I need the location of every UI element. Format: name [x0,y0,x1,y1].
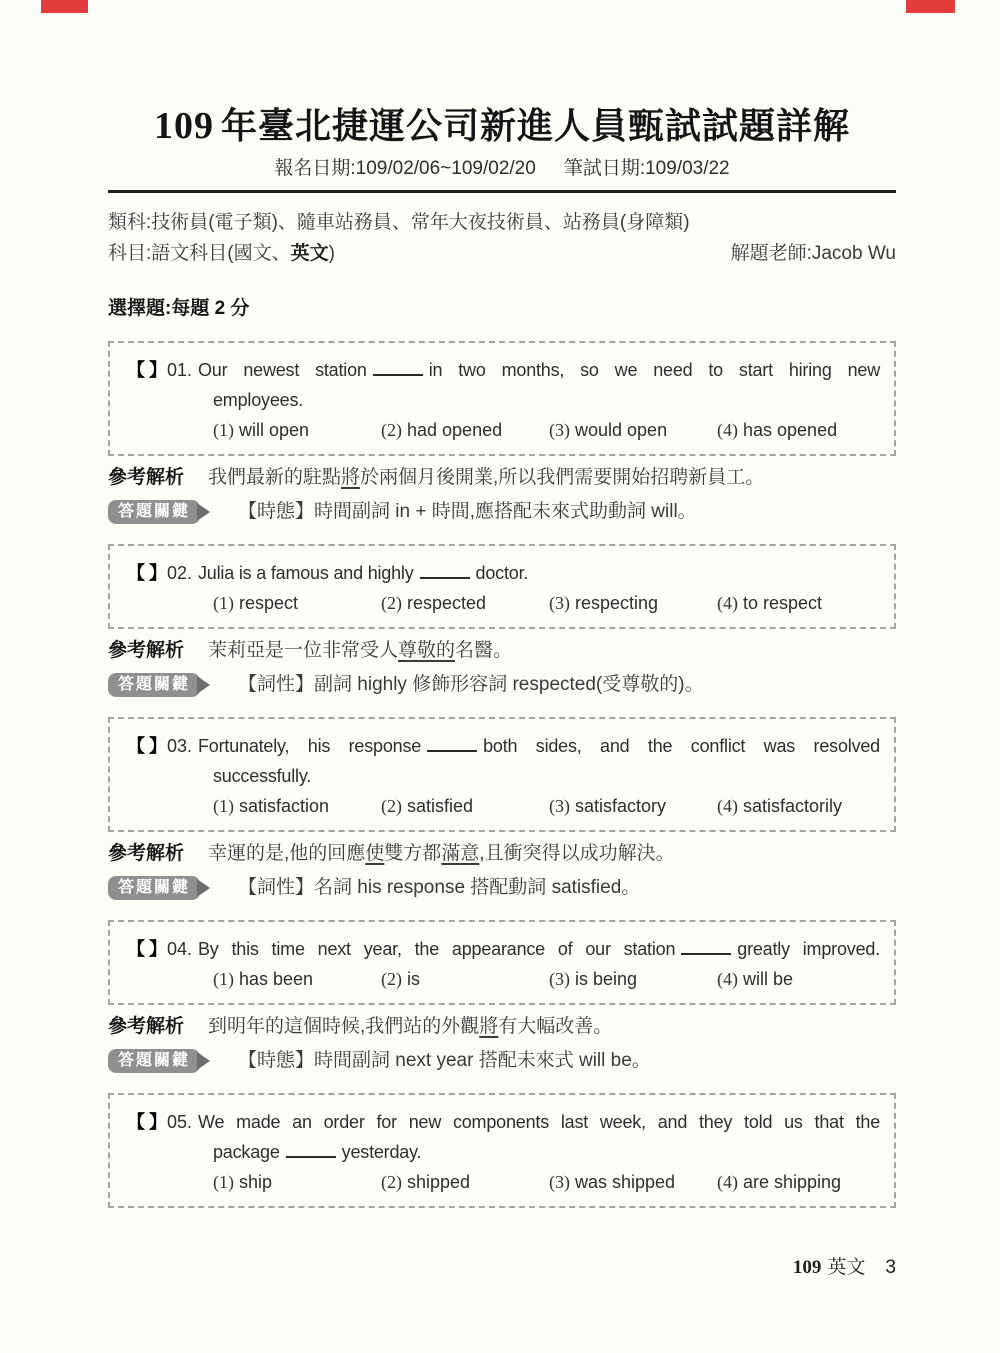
exam-solution-page: 109年臺北捷運公司新進人員甄試試題詳解 報名日期:109/02/06~109/… [0,0,1000,1353]
option-text: satisfactorily [743,796,842,816]
option-1: (1)respect [213,588,381,618]
bracket-close: 】 [149,934,167,964]
page-content: 109年臺北捷運公司新進人員甄試試題詳解 報名日期:109/02/06~109/… [0,0,1000,1208]
option-text: will open [239,420,309,440]
footer-page-number: 3 [885,1257,896,1278]
question-block: 【】01.Our newest stationin two months, so… [108,341,896,524]
title-year: 109 [154,105,214,147]
option-2: (2)shipped [381,1167,549,1197]
text-segment: 於兩個月後開業,所以我們需要開始招聘新員工。 [360,467,764,488]
option-number: (2) [381,969,402,989]
answer-bracket: 【】 [127,1107,167,1137]
option-text: will be [743,969,793,989]
bracket-close: 】 [149,1107,167,1137]
answer-key-row: 答題關鍵【詞性】名詞 his response 搭配動詞 satisfied。 [108,876,896,900]
option-number: (4) [717,420,738,440]
answer-bracket: 【】 [127,934,167,964]
question-continuation: employees. [213,385,880,415]
solution-teacher: 解題老師:Jacob Wu [731,238,896,269]
question-first-line: 【】03.Fortunately, his responseboth sides… [127,731,880,761]
option-number: (4) [717,796,738,816]
title-text: 年臺北捷運公司新進人員甄試試題詳解 [221,105,850,146]
question-box: 【】03.Fortunately, his responseboth sides… [108,717,896,832]
option-text: respecting [575,593,658,613]
option-text: was shipped [575,1172,675,1192]
option-text: respect [239,593,298,613]
option-text: would open [575,420,667,440]
info-label: 類科: [108,207,151,238]
option-number: (1) [213,593,234,613]
header-divider [108,190,896,193]
question-text: Our newest stationin two months, so we n… [198,355,880,385]
option-number: (3) [549,420,570,440]
option-text: is being [575,969,637,989]
question-first-line: 【】04.By this time next year, the appeara… [127,934,880,964]
question-block: 【】05.We made an order for new components… [108,1093,896,1208]
option-text: satisfactory [575,796,666,816]
question-box: 【】04.By this time next year, the appeara… [108,920,896,1005]
info-label: 科目: [108,238,151,269]
underlined-term: 使 [365,843,384,864]
text-segment: in two months, so we need to start hirin… [429,360,880,380]
info-row: 類科:技術員(電子類)、隨車站務員、常年大夜技術員、站務員(身障類) [108,207,896,238]
option-4: (4)are shipping [717,1167,841,1197]
underlined-term: 滿意 [441,843,479,864]
underlined-term: 將 [479,1016,498,1037]
answer-blank [681,951,731,955]
analysis-label: 參考解析 [108,639,208,663]
question-text: By this time next year, the appearance o… [198,934,880,964]
bracket-open: 【 [127,934,145,964]
footer-year: 109 [793,1257,822,1278]
info-row-left: 類科:技術員(電子類)、隨車站務員、常年大夜技術員、站務員(身障類) [108,207,690,238]
option-3: (3)satisfactory [549,791,717,821]
option-3: (3)would open [549,415,717,445]
options-row: (1)satisfaction(2)satisfied(3)satisfacto… [213,791,880,821]
answer-key-text: 【時態】時間副詞 next year 搭配未來式 will be。 [238,1049,896,1073]
option-text: shipped [407,1172,470,1192]
options-row: (1)has been(2)is(3)is being(4)will be [213,964,880,994]
question-box: 【】05.We made an order for new components… [108,1093,896,1208]
text-segment: 語文科目(國文、 [151,243,290,264]
bracket-close: 】 [149,558,167,588]
written-exam-date: 筆試日期:109/03/22 [564,158,730,179]
question-block: 【】03.Fortunately, his responseboth sides… [108,717,896,900]
answer-key-text: 【詞性】副詞 highly 修飾形容詞 respected(受尊敬的)。 [238,673,896,697]
option-number: (3) [549,969,570,989]
answer-bracket: 【】 [127,558,167,588]
arrow-right-icon [197,879,210,897]
question-first-line: 【】01.Our newest stationin two months, so… [127,355,880,385]
red-corner-mark-left [41,0,88,13]
text-segment: Fortunately, his response [198,736,421,756]
question-block: 【】02.Julia is a famous and highlydoctor.… [108,544,896,697]
option-3: (3)respecting [549,588,717,618]
analysis-text: 茉莉亞是一位非常受人尊敬的名醫。 [208,639,896,663]
option-number: (2) [381,796,402,816]
answer-key-badge-label: 答題關鍵 [108,673,200,697]
option-2: (2)is [381,964,549,994]
exam-dates: 報名日期:109/02/06~109/02/20筆試日期:109/03/22 [108,157,896,181]
text-segment: 名醫。 [455,640,512,661]
option-4: (4)has opened [717,415,837,445]
options-row: (1)respect(2)respected(3)respecting(4)to… [213,588,880,618]
question-continuation: packageyesterday. [213,1137,880,1167]
question-number: 04. [167,934,198,964]
option-4: (4)to respect [717,588,822,618]
text-segment: 我們最新的駐點 [208,467,341,488]
text-segment: We made an order for new components last… [198,1112,880,1132]
question-text: We made an order for new components last… [198,1107,880,1137]
answer-key-badge: 答題關鍵 [108,500,238,524]
analysis-text: 我們最新的駐點將於兩個月後開業,所以我們需要開始招聘新員工。 [208,466,896,490]
option-number: (4) [717,593,738,613]
option-text: had opened [407,420,502,440]
text-segment: employees. [213,390,303,410]
answer-key-badge: 答題關鍵 [108,876,238,900]
answer-key-text: 【詞性】名詞 his response 搭配動詞 satisfied。 [238,876,896,900]
option-text: has been [239,969,313,989]
arrow-right-icon [197,1052,210,1070]
text-segment: ) [329,243,335,264]
options-row: (1)will open(2)had opened(3)would open(4… [213,415,880,445]
bracket-open: 【 [127,355,145,385]
bracket-open: 【 [127,1107,145,1137]
text-segment: package [213,1142,280,1162]
answer-key-text: 【時態】時間副詞 in + 時間,應搭配未來式助動詞 will。 [238,500,896,524]
option-4: (4)satisfactorily [717,791,842,821]
option-number: (2) [381,1172,402,1192]
option-text: are shipping [743,1172,841,1192]
analysis-text: 幸運的是,他的回應使雙方都滿意,且衝突得以成功解決。 [208,842,896,866]
questions-list: 【】01.Our newest stationin two months, so… [108,341,896,1208]
text-segment: both sides, and the conflict was resolve… [483,736,880,756]
bracket-open: 【 [127,731,145,761]
info-value: 技術員(電子類)、隨車站務員、常年大夜技術員、站務員(身障類) [151,207,689,238]
question-first-line: 【】05.We made an order for new components… [127,1107,880,1137]
analysis-row: 參考解析茉莉亞是一位非常受人尊敬的名醫。 [108,639,896,663]
option-text: ship [239,1172,272,1192]
option-number: (1) [213,969,234,989]
text-segment: yesterday. [342,1142,422,1162]
analysis-label: 參考解析 [108,1015,208,1039]
text-segment: By this time next year, the appearance o… [198,939,675,959]
answer-key-row: 答題關鍵【時態】時間副詞 in + 時間,應搭配未來式助動詞 will。 [108,500,896,524]
answer-key-row: 答題關鍵【詞性】副詞 highly 修飾形容詞 respected(受尊敬的)。 [108,673,896,697]
info-value: 語文科目(國文、英文) [151,238,335,269]
question-number: 03. [167,731,198,761]
section-heading: 選擇題:每題 2 分 [108,297,896,321]
text-segment: 茉莉亞是一位非常受人 [208,640,398,661]
question-number: 02. [167,558,198,588]
arrow-right-icon [197,676,210,694]
bracket-close: 】 [149,355,167,385]
option-number: (3) [549,796,570,816]
option-number: (4) [717,969,738,989]
page-title: 109年臺北捷運公司新進人員甄試試題詳解 [108,104,896,148]
option-number: (1) [213,420,234,440]
text-segment: Our newest station [198,360,367,380]
option-number: (3) [549,593,570,613]
text-segment: doctor. [476,563,529,583]
question-first-line: 【】02.Julia is a famous and highlydoctor. [127,558,880,588]
analysis-row: 參考解析我們最新的駐點將於兩個月後開業,所以我們需要開始招聘新員工。 [108,466,896,490]
bracket-close: 】 [149,731,167,761]
text-segment: Julia is a famous and highly [198,563,414,583]
text-segment: 有大幅改善。 [498,1016,612,1037]
answer-blank [286,1154,336,1158]
option-1: (1)satisfaction [213,791,381,821]
option-text: has opened [743,420,837,440]
text-segment: ,且衝突得以成功解決。 [479,843,674,864]
answer-key-badge: 答題關鍵 [108,1049,238,1073]
answer-key-badge: 答題關鍵 [108,673,238,697]
option-1: (1)ship [213,1167,381,1197]
answer-key-row: 答題關鍵【時態】時間副詞 next year 搭配未來式 will be。 [108,1049,896,1073]
question-box: 【】02.Julia is a famous and highlydoctor.… [108,544,896,629]
option-1: (1)will open [213,415,381,445]
option-text: is [407,969,420,989]
option-4: (4)will be [717,964,793,994]
option-number: (1) [213,1172,234,1192]
text-segment: greatly improved. [737,939,880,959]
question-number: 05. [167,1107,198,1137]
analysis-label: 參考解析 [108,466,208,490]
underlined-term: 尊敬的 [398,640,455,661]
red-corner-mark-right [906,0,955,13]
answer-blank [420,575,470,579]
question-number: 01. [167,355,198,385]
option-number: (2) [381,593,402,613]
option-3: (3)is being [549,964,717,994]
answer-blank [427,748,477,752]
option-number: (3) [549,1172,570,1192]
answer-key-badge-label: 答題關鍵 [108,876,200,900]
arrow-right-icon [197,503,210,521]
option-text: satisfied [407,796,473,816]
option-number: (1) [213,796,234,816]
analysis-text: 到明年的這個時候,我們站的外觀將有大幅改善。 [208,1015,896,1039]
text-segment: 英文 [291,243,329,264]
answer-key-badge-label: 答題關鍵 [108,500,200,524]
info-row: 科目:語文科目(國文、英文)解題老師:Jacob Wu [108,238,896,269]
analysis-row: 參考解析到明年的這個時候,我們站的外觀將有大幅改善。 [108,1015,896,1039]
option-number: (4) [717,1172,738,1192]
answer-blank [373,372,423,376]
option-text: satisfaction [239,796,329,816]
answer-key-badge-label: 答題關鍵 [108,1049,200,1073]
question-box: 【】01.Our newest stationin two months, so… [108,341,896,456]
text-segment: 技術員(電子類)、隨車站務員、常年大夜技術員、站務員(身障類) [151,212,689,233]
option-2: (2)satisfied [381,791,549,821]
registration-date: 報名日期:109/02/06~109/02/20 [274,158,535,179]
option-3: (3)was shipped [549,1167,717,1197]
answer-bracket: 【】 [127,355,167,385]
question-continuation: successfully. [213,761,880,791]
info-row-left: 科目:語文科目(國文、英文) [108,238,335,269]
underlined-term: 將 [341,467,360,488]
text-segment: successfully. [213,766,311,786]
analysis-row: 參考解析幸運的是,他的回應使雙方都滿意,且衝突得以成功解決。 [108,842,896,866]
option-number: (2) [381,420,402,440]
text-segment: 雙方都 [384,843,441,864]
option-1: (1)has been [213,964,381,994]
option-2: (2)respected [381,588,549,618]
options-row: (1)ship(2)shipped(3)was shipped(4)are sh… [213,1167,880,1197]
question-text: Julia is a famous and highlydoctor. [198,558,880,588]
option-text: respected [407,593,486,613]
option-text: to respect [743,593,822,613]
text-segment: 到明年的這個時候,我們站的外觀 [208,1016,479,1037]
exam-info-block: 類科:技術員(電子類)、隨車站務員、常年大夜技術員、站務員(身障類)科目:語文科… [108,207,896,269]
bracket-open: 【 [127,558,145,588]
option-2: (2)had opened [381,415,549,445]
question-block: 【】04.By this time next year, the appeara… [108,920,896,1073]
analysis-label: 參考解析 [108,842,208,866]
page-footer: 109英文3 [108,1252,896,1279]
text-segment: 幸運的是,他的回應 [208,843,365,864]
footer-subject: 英文 [827,1257,865,1278]
answer-bracket: 【】 [127,731,167,761]
question-text: Fortunately, his responseboth sides, and… [198,731,880,761]
